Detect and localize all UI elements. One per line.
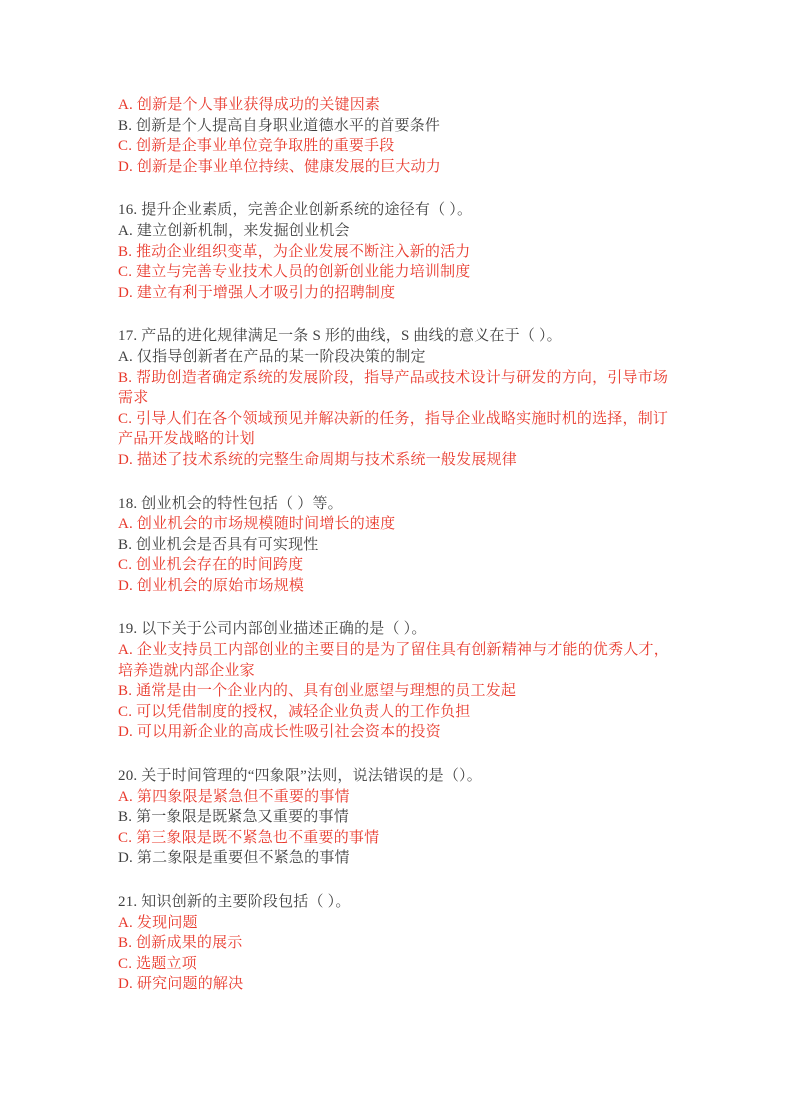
q19-stem: 19. 以下关于公司内部创业描述正确的是（ ）。	[118, 619, 676, 640]
q18-option-a: A. 创业机会的市场规模随时间增长的速度	[118, 514, 676, 535]
question-block-q15-options: A. 创新是个人事业获得成功的关键因素B. 创新是个人提高自身职业道德水平的首要…	[118, 95, 676, 177]
q16-option-b: B. 推动企业组织变革，为企业发展不断注入新的活力	[118, 242, 676, 263]
q19-option-d: D. 可以用新企业的高成长性吸引社会资本的投资	[118, 722, 676, 743]
q19-option-c: C. 可以凭借制度的授权，减轻企业负责人的工作负担	[118, 702, 676, 723]
q20-stem: 20. 关于时间管理的“四象限”法则，说法错误的是（）。	[118, 766, 676, 787]
question-list: A. 创新是个人事业获得成功的关键因素B. 创新是个人提高自身职业道德水平的首要…	[118, 95, 676, 995]
q16-option-d: D. 建立有利于增强人才吸引力的招聘制度	[118, 283, 676, 304]
q16-stem: 16. 提升企业素质，完善企业创新系统的途径有（ ）。	[118, 200, 676, 221]
q16-option-c: C. 建立与完善专业技术人员的创新创业能力培训制度	[118, 262, 676, 283]
q21-option-d: D. 研究问题的解决	[118, 974, 676, 995]
question-block-q21: 21. 知识创新的主要阶段包括（ ）。A. 发现问题B. 创新成果的展示C. 选…	[118, 892, 676, 995]
q21-option-a: A. 发现问题	[118, 913, 676, 934]
q17-option-c: C. 引导人们在各个领域预见并解决新的任务，指导企业战略实施时机的选择，制订产品…	[118, 409, 676, 450]
q17-option-d: D. 描述了技术系统的完整生命周期与技术系统一般发展规律	[118, 450, 676, 471]
document-page: A. 创新是个人事业获得成功的关键因素B. 创新是个人提高自身职业道德水平的首要…	[0, 0, 792, 1120]
question-block-q20: 20. 关于时间管理的“四象限”法则，说法错误的是（）。A. 第四象限是紧急但不…	[118, 766, 676, 869]
q20-option-c: C. 第三象限是既不紧急也不重要的事情	[118, 828, 676, 849]
q18-option-d: D. 创业机会的原始市场规模	[118, 576, 676, 597]
q15-options-option-d: D. 创新是企事业单位持续、健康发展的巨大动力	[118, 157, 676, 178]
q15-options-option-a: A. 创新是个人事业获得成功的关键因素	[118, 95, 676, 116]
q21-option-b: B. 创新成果的展示	[118, 933, 676, 954]
q20-option-b: B. 第一象限是既紧急又重要的事情	[118, 807, 676, 828]
q17-option-b: B. 帮助创造者确定系统的发展阶段，指导产品或技术设计与研发的方向，引导市场需求	[118, 368, 676, 409]
q18-option-c: C. 创业机会存在的时间跨度	[118, 555, 676, 576]
q17-stem: 17. 产品的进化规律满足一条 S 形的曲线，S 曲线的意义在于（ ）。	[118, 326, 676, 347]
q19-option-b: B. 通常是由一个企业内的、具有创业愿望与理想的员工发起	[118, 681, 676, 702]
question-block-q17: 17. 产品的进化规律满足一条 S 形的曲线，S 曲线的意义在于（ ）。A. 仅…	[118, 326, 676, 470]
q18-option-b: B. 创业机会是否具有可实现性	[118, 535, 676, 556]
q20-option-a: A. 第四象限是紧急但不重要的事情	[118, 787, 676, 808]
q18-stem: 18. 创业机会的特性包括（ ）等。	[118, 494, 676, 515]
q15-options-option-b: B. 创新是个人提高自身职业道德水平的首要条件	[118, 116, 676, 137]
q21-stem: 21. 知识创新的主要阶段包括（ ）。	[118, 892, 676, 913]
q20-option-d: D. 第二象限是重要但不紧急的事情	[118, 848, 676, 869]
q15-options-option-c: C. 创新是企事业单位竞争取胜的重要手段	[118, 136, 676, 157]
question-block-q16: 16. 提升企业素质，完善企业创新系统的途径有（ ）。A. 建立创新机制，来发掘…	[118, 200, 676, 303]
question-block-q19: 19. 以下关于公司内部创业描述正确的是（ ）。A. 企业支持员工内部创业的主要…	[118, 619, 676, 743]
q17-option-a: A. 仅指导创新者在产品的某一阶段决策的制定	[118, 347, 676, 368]
q16-option-a: A. 建立创新机制，来发掘创业机会	[118, 221, 676, 242]
q21-option-c: C. 选题立项	[118, 954, 676, 975]
q19-option-a: A. 企业支持员工内部创业的主要目的是为了留住具有创新精神与才能的优秀人才，培养…	[118, 640, 676, 681]
question-block-q18: 18. 创业机会的特性包括（ ）等。A. 创业机会的市场规模随时间增长的速度B.…	[118, 494, 676, 597]
